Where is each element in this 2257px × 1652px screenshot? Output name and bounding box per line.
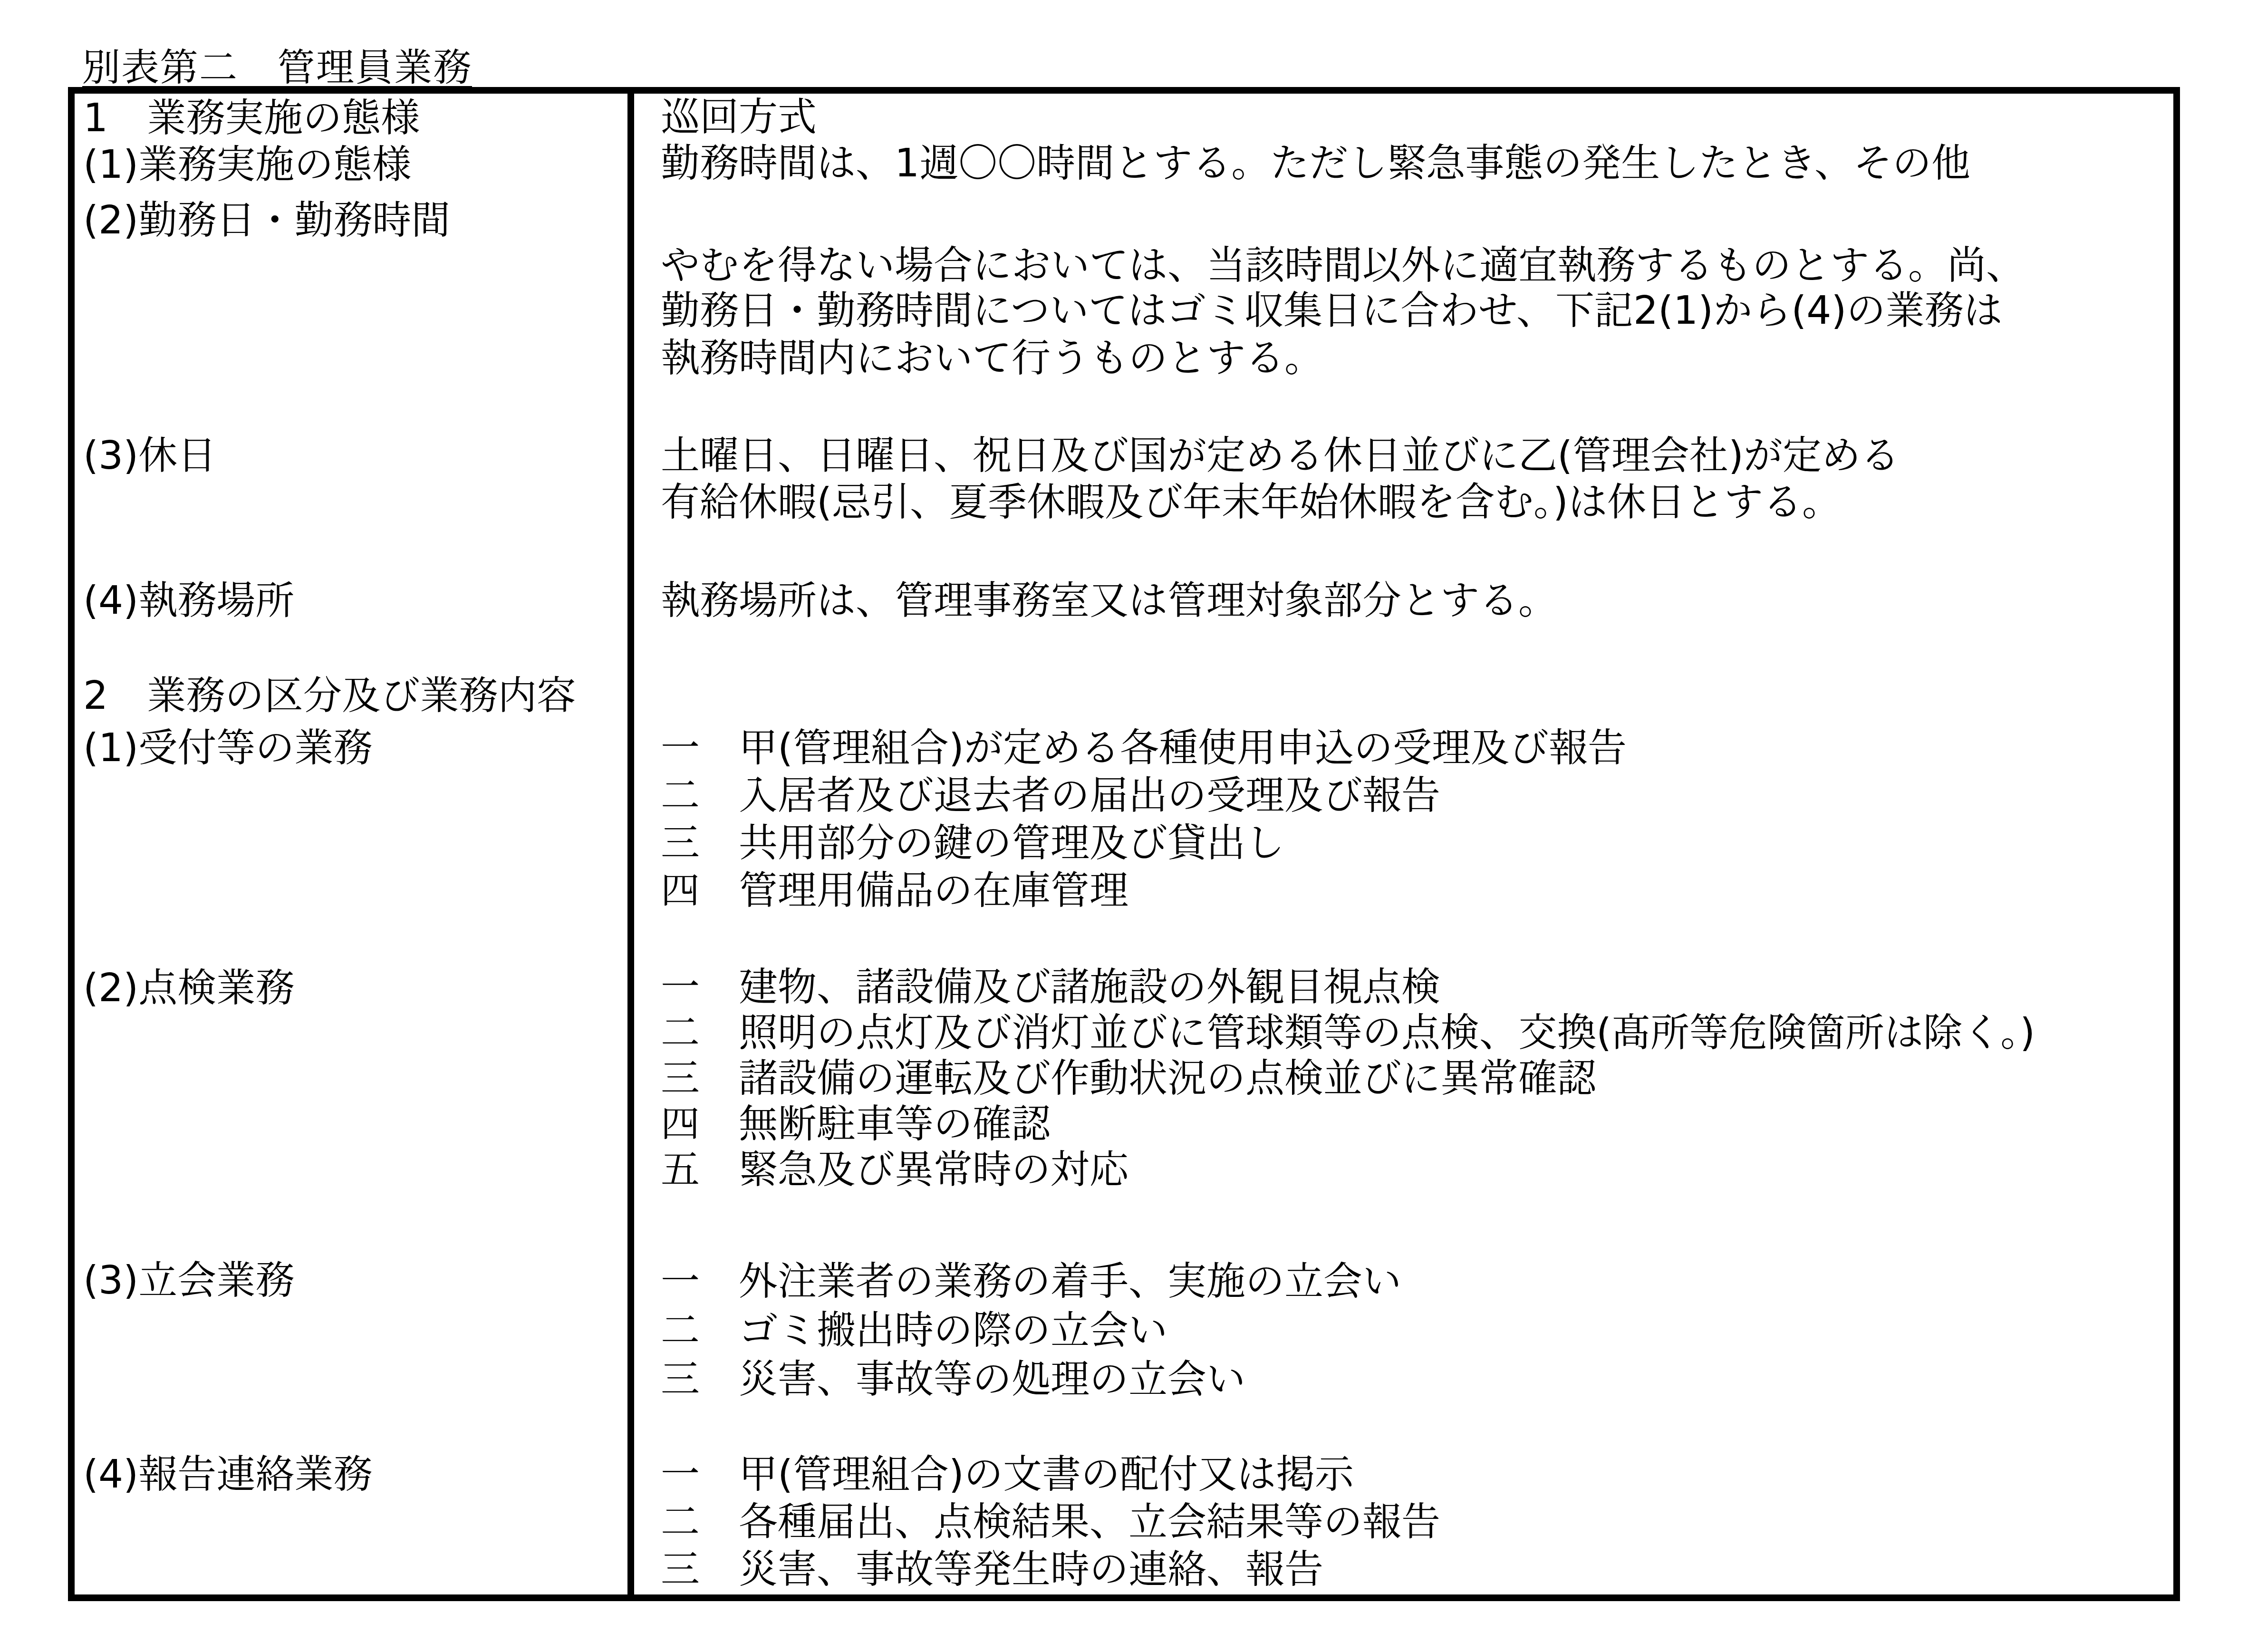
list-item: 三 災害、事故等の処理の立会い	[661, 1355, 1401, 1404]
label-reception-duties: (1)受付等の業務	[83, 725, 372, 772]
list-item: 一 甲(管理組合)が定める各種使用申込の受理及び報告	[661, 725, 1627, 772]
list-item: 二 入居者及び退去者の届出の受理及び報告	[661, 772, 1627, 820]
inspection-item-list: 一 建物、諸設備及び諸施設の外観目視点検 二 照明の点灯及び消灯並びに管球類等の…	[661, 965, 2035, 1193]
list-item: 二 照明の点灯及び消灯並びに管球類等の点検、交換(髙所等危険箇所は除く。)	[661, 1010, 2035, 1056]
label-work-form: (1)業務実施の態様	[83, 141, 411, 189]
list-item: 四 無断駐車等の確認	[661, 1101, 2035, 1147]
list-item: 一 外注業者の業務の着手、実施の立会い	[661, 1257, 1401, 1306]
report-item-list: 一 甲(管理組合)の文書の配付又は掲示 二 各種届出、点検結果、立会結果等の報告…	[661, 1451, 1440, 1594]
list-item: 四 管理用備品の在庫管理	[661, 867, 1627, 915]
list-item: 三 災害、事故等発生時の連絡、報告	[661, 1546, 1440, 1594]
content-work-hours-line4: 執務時間内において行うものとする。	[661, 335, 1323, 382]
label-attendance-duties: (3)立会業務	[83, 1257, 294, 1304]
list-item: 三 共用部分の鍵の管理及び貸出し	[661, 820, 1627, 867]
reception-item-list: 一 甲(管理組合)が定める各種使用申込の受理及び報告 二 入居者及び退去者の届出…	[661, 725, 1627, 915]
content-work-hours-line1: 勤務時間は、1週〇〇時間とする。ただし緊急事態の発生したとき、その他	[661, 140, 1970, 187]
content-work-hours-line3: 勤務日・勤務時間についてはゴミ収集日に合わせ、下記2(1)から(4)の業務は	[661, 287, 2002, 335]
content-holidays-line2: 有給休暇(忌引、夏季休暇及び年末年始休暇を含む。)は休日とする。	[661, 479, 1841, 526]
label-work-place: (4)執務場所	[83, 577, 294, 625]
label-holidays: (3)休日	[83, 432, 216, 480]
label-work-days-hours: (2)勤務日・勤務時間	[83, 197, 450, 244]
content-work-hours-line2: やむを得ない場合においては、当該時間以外に適宜執務するものとする。尚、	[661, 242, 2025, 290]
column-divider	[627, 94, 634, 1594]
document-page: 別表第二 管理員業務 1 業務実施の態様 (1)業務実施の態様 (2)勤務日・勤…	[0, 0, 2257, 1652]
page-title: 別表第二 管理員業務	[82, 44, 472, 91]
list-item: 一 建物、諸設備及び諸施設の外観目視点検	[661, 965, 2035, 1010]
label-section1-work-form: 1 業務実施の態様	[83, 95, 420, 142]
label-inspection-duties: (2)点検業務	[83, 965, 294, 1012]
attendance-item-list: 一 外注業者の業務の着手、実施の立会い 二 ゴミ搬出時の際の立会い 三 災害、事…	[661, 1257, 1401, 1404]
content-work-place: 執務場所は、管理事務室又は管理対象部分とする。	[661, 577, 1557, 625]
list-item: 一 甲(管理組合)の文書の配付又は掲示	[661, 1451, 1440, 1498]
list-item: 二 ゴミ搬出時の際の立会い	[661, 1306, 1401, 1355]
duties-table: 1 業務実施の態様 (1)業務実施の態様 (2)勤務日・勤務時間 (3)休日 (…	[68, 87, 2180, 1601]
list-item: 二 各種届出、点検結果、立会結果等の報告	[661, 1498, 1440, 1546]
content-patrol-method: 巡回方式	[661, 94, 817, 141]
label-report-duties: (4)報告連絡業務	[83, 1451, 372, 1498]
list-item: 三 諸設備の運転及び作動状況の点検並びに異常確認	[661, 1056, 2035, 1101]
label-section2-divisions: 2 業務の区分及び業務内容	[83, 672, 576, 720]
content-holidays-line1: 土曜日、日曜日、祝日及び国が定める休日並びに乙(管理会社)が定める	[661, 432, 1900, 480]
list-item: 五 緊急及び異常時の対応	[661, 1147, 2035, 1193]
